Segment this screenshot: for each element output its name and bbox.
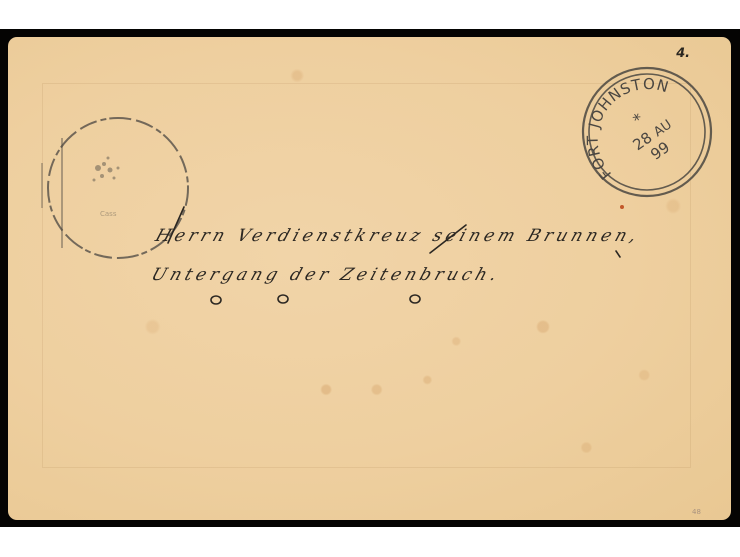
- archive-pencil-note: 48: [692, 508, 701, 516]
- red-ink-spot: [620, 205, 624, 209]
- postmark-month: AU: [651, 117, 675, 140]
- pencil-number: 4.: [675, 46, 692, 61]
- svg-text:Cass: Cass: [100, 210, 117, 218]
- fort-johnston-postmark: FORT JOHNSTON * 28 AU 99: [578, 64, 716, 200]
- postmark-star: *: [629, 109, 646, 129]
- pen-flourishes: [150, 195, 630, 305]
